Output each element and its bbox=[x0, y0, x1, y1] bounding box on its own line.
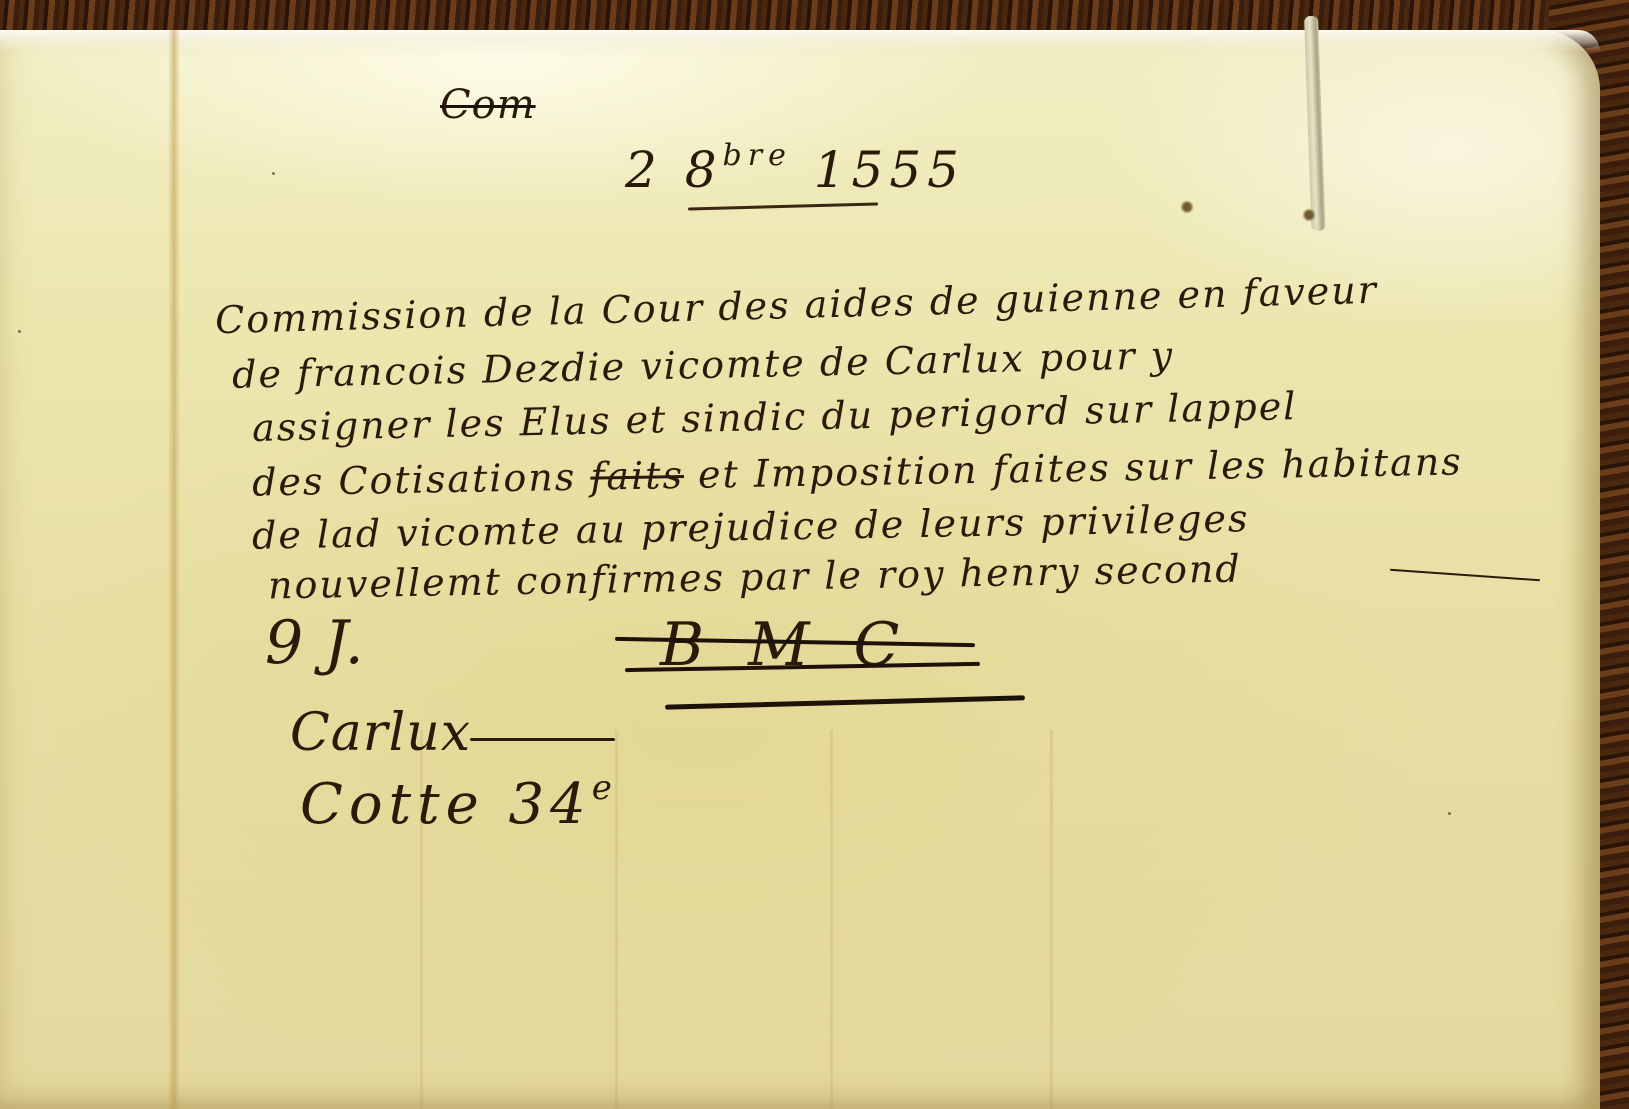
sheet-highlight bbox=[0, 30, 1600, 52]
struck-word: faits bbox=[590, 453, 684, 499]
chain-line bbox=[830, 730, 833, 1109]
date-month: 8 bbox=[685, 141, 723, 199]
folio-mark: 9 J. bbox=[265, 608, 365, 678]
date-day: 2 bbox=[625, 141, 663, 199]
struck-header-abbreviation: Com bbox=[440, 82, 536, 128]
ink-speck bbox=[18, 330, 21, 333]
date-year: 1555 bbox=[814, 141, 965, 199]
chain-line bbox=[1050, 730, 1053, 1109]
string-hole bbox=[1180, 200, 1194, 214]
cote-superscript: e bbox=[592, 768, 618, 808]
archival-cote: Cotte 34e bbox=[300, 768, 618, 837]
body-line-4-start: des Cotisations bbox=[252, 455, 591, 505]
ink-speck bbox=[272, 172, 275, 175]
binding-fold bbox=[168, 30, 180, 1109]
string-hole bbox=[1302, 208, 1316, 222]
place-name: Carlux bbox=[290, 703, 471, 763]
document-date: 2 8bre 1555 bbox=[625, 138, 965, 199]
wooden-table-edge-top bbox=[0, 0, 1629, 34]
cote-label: Cotte bbox=[300, 772, 485, 837]
date-month-superscript: bre bbox=[723, 138, 792, 173]
place-flourish bbox=[470, 738, 615, 741]
cote-number: 34 bbox=[509, 772, 592, 837]
ink-speck bbox=[1448, 812, 1451, 815]
